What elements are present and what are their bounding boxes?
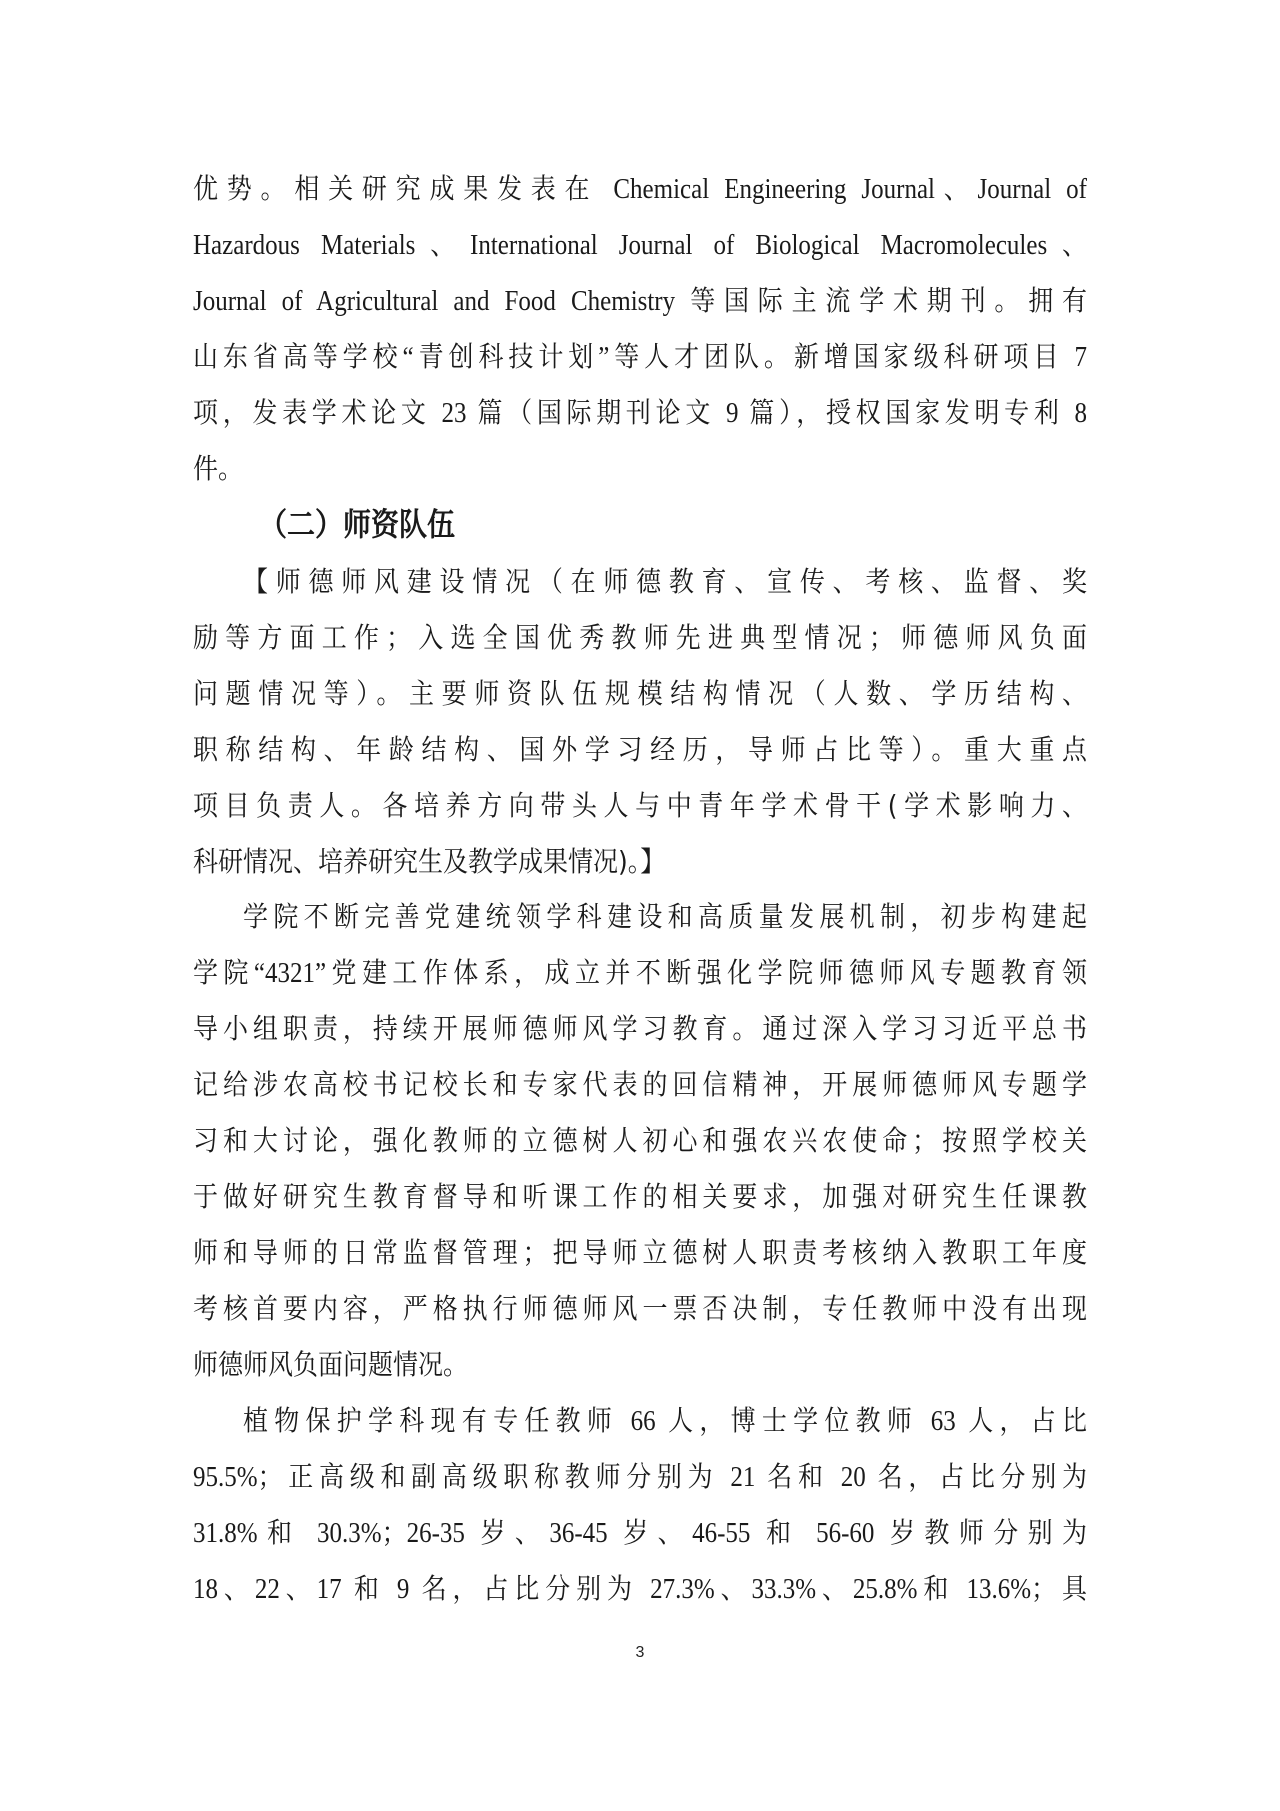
text-line: 31.8%和 30.3%；26-35 岁、36-45 岁、46-55 和 56-…: [193, 1503, 1087, 1566]
text-line: 学院不断完善党建统领学科建设和高质量发展机制，初步构建起: [193, 887, 1087, 950]
text-line: 师德师风负面问题情况。: [193, 1335, 1087, 1398]
text-line: 励等方面工作；入选全国优秀教师先进典型情况；师德师风负面: [193, 607, 1087, 670]
text-line: 职称结构、年龄结构、国外学习经历，导师占比等）。重大重点: [193, 719, 1087, 782]
text-line: 记给涉农高校书记校长和专家代表的回信精神，开展师德师风专题学: [193, 1055, 1087, 1118]
page-number: 3: [0, 1644, 1280, 1662]
text-line: 山东省高等学校“青创科技计划”等人才团队。新增国家级科研项目 7: [193, 327, 1087, 390]
text-line: 学院“4321”党建工作体系，成立并不断强化学院师德师风专题教育领: [193, 943, 1087, 1006]
document-page: 优势。相关研究成果发表在 Chemical Engineering Journa…: [193, 162, 1087, 1618]
paragraph-ethics-building: 学院不断完善党建统领学科建设和高质量发展机制，初步构建起 学院“4321”党建工…: [193, 890, 1087, 1394]
text-line: 优势。相关研究成果发表在 Chemical Engineering Journa…: [193, 159, 1087, 222]
paragraph-faculty-statistics: 植物保护学科现有专任教师 66 人，博士学位教师 63 人，占比 95.5%；正…: [193, 1394, 1087, 1618]
text-line: 习和大讨论，强化教师的立德树人初心和强农兴农使命；按照学校关: [193, 1111, 1087, 1174]
section-heading: （二）师资队伍: [193, 495, 1087, 558]
text-line: 植物保护学科现有专任教师 66 人，博士学位教师 63 人，占比: [193, 1391, 1087, 1454]
text-line: 师和导师的日常监督管理；把导师立德树人职责考核纳入教职工年度: [193, 1223, 1087, 1286]
text-line: Journal of Agricultural and Food Chemist…: [193, 271, 1087, 334]
text-line: Hazardous Materials、International Journa…: [193, 215, 1087, 278]
text-line: 件。: [193, 439, 1087, 502]
text-line: 科研情况、培养研究生及教学成果情况)。】: [193, 831, 1087, 894]
text-line: 项，发表学术论文 23 篇（国际期刊论文 9 篇），授权国家发明专利 8: [193, 383, 1087, 446]
requirements-note: 【师德师风建设情况（在师德教育、宣传、考核、监督、奖 励等方面工作；入选全国优秀…: [193, 554, 1087, 890]
text-line: 95.5%；正高级和副高级职称教师分别为 21 名和 20 名，占比分别为: [193, 1447, 1087, 1510]
text-line: 18、22、17 和 9 名，占比分别为 27.3%、33.3%、25.8%和 …: [193, 1559, 1087, 1622]
text-line: 问题情况等）。主要师资队伍规模结构情况（人数、学历结构、: [193, 663, 1087, 726]
text-line: 于做好研究生教育督导和听课工作的相关要求，加强对研究生任课教: [193, 1167, 1087, 1230]
text-line: 考核首要内容，严格执行师德师风一票否决制，专任教师中没有出现: [193, 1279, 1087, 1342]
text-line: 项目负责人。各培养方向带头人与中青年学术骨干(学术影响力、: [193, 775, 1087, 838]
text-line: 【师德师风建设情况（在师德教育、宣传、考核、监督、奖: [193, 551, 1087, 614]
text-line: 导小组职责，持续开展师德师风学习教育。通过深入学习习近平总书: [193, 999, 1087, 1062]
paragraph-research-results: 优势。相关研究成果发表在 Chemical Engineering Journa…: [193, 162, 1087, 498]
